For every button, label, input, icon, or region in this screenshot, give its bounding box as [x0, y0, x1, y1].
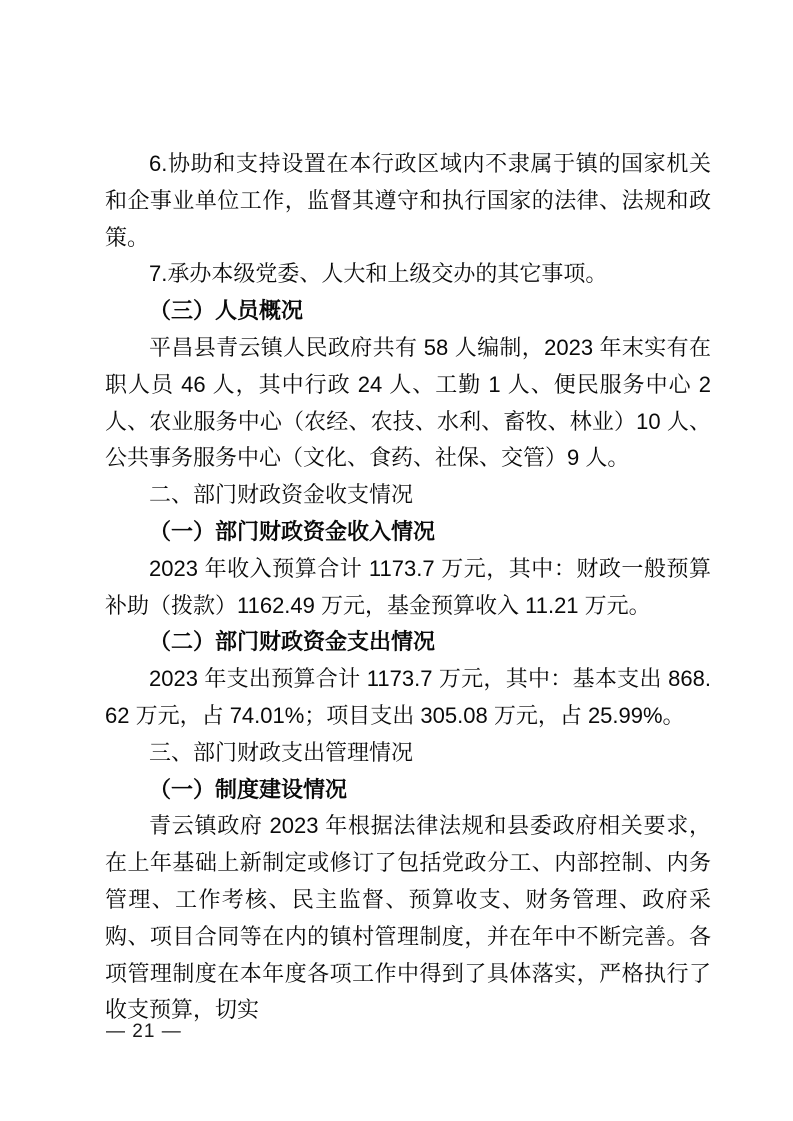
heading-revenue: （一）部门财政资金收入情况: [105, 514, 711, 551]
paragraph-duty-7: 7.承办本级党委、人大和上级交办的其它事项。: [105, 256, 711, 293]
heading-system-building: （一）制度建设情况: [105, 772, 711, 809]
document-page: 6.协助和支持设置在本行政区域内不隶属于镇的国家机关和企事业单位工作，监督其遵守…: [0, 0, 793, 1121]
paragraph-system-building-detail: 青云镇政府 2023 年根据法律法规和县委政府相关要求，在上年基础上新制定或修订…: [105, 808, 711, 1029]
section-title-2: 二、部门财政资金收支情况: [105, 477, 711, 514]
paragraph-expenditure-detail: 2023 年支出预算合计 1173.7 万元，其中：基本支出 868.62 万元…: [105, 661, 711, 735]
page-number: — 21 —: [106, 1021, 182, 1042]
section-title-3: 三、部门财政支出管理情况: [105, 735, 711, 772]
heading-personnel-overview: （三）人员概况: [105, 293, 711, 330]
heading-expenditure: （二）部门财政资金支出情况: [105, 624, 711, 661]
paragraph-revenue-detail: 2023 年收入预算合计 1173.7 万元，其中：财政一般预算补助（拨款）11…: [105, 551, 711, 625]
paragraph-personnel-detail: 平昌县青云镇人民政府共有 58 人编制，2023 年末实有在职人员 46 人，其…: [105, 330, 711, 477]
page-footer: — 21 —: [106, 1019, 182, 1045]
document-body: 6.协助和支持设置在本行政区域内不隶属于镇的国家机关和企事业单位工作，监督其遵守…: [105, 146, 711, 1029]
paragraph-duty-6: 6.协助和支持设置在本行政区域内不隶属于镇的国家机关和企事业单位工作，监督其遵守…: [105, 146, 711, 256]
